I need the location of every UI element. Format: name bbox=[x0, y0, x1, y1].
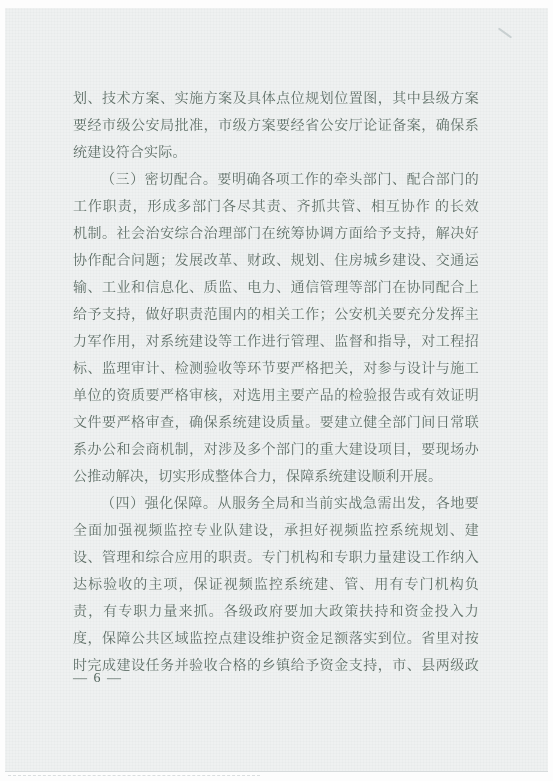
text-line: 力军作用，对系统建设等工作进行管理、监督和指导，对工程招 bbox=[73, 329, 479, 356]
text-line: 输、工业和信息化、质监、电力、通信管理等部门在协同配合上 bbox=[73, 275, 479, 302]
page-number: — 6 — bbox=[73, 668, 123, 690]
document-page: 划、技术方案、实施方案及具体点位规划位置图，其中县级方案 要经市级公安局批准，市… bbox=[5, 8, 548, 772]
pen-mark bbox=[498, 27, 512, 38]
text-line: 协作配合问题；发展改革、财政、规划、住房城乡建设、交通运 bbox=[73, 248, 479, 275]
text-line: 系办公和会商机制，对涉及多个部门的重大建设项目，要现场办 bbox=[73, 437, 479, 464]
text-line: 要经市级公安局批准，市级方案要经省公安厅论证备案，确保系 bbox=[73, 113, 479, 140]
text-line: 全面加强视频监控专业队建设，承担好视频监控系统规划、建 bbox=[73, 518, 479, 545]
text-line: 度，保障公共区域监控点建设维护资金足额落实到位。省里对按 bbox=[73, 626, 479, 653]
text-line: 时完成建设任务并验收合格的乡镇给予资金支持，市、县两级政 bbox=[73, 653, 479, 680]
text-line: 统建设符合实际。 bbox=[73, 140, 479, 167]
scan-edge-artifact bbox=[8, 775, 260, 776]
text-line: 设、管理和综合应用的职责。专门机构和专职力量建设工作纳入 bbox=[73, 545, 479, 572]
text-line: （三）密切配合。要明确各项工作的牵头部门、配合部门的 bbox=[73, 167, 479, 194]
text-line: 划、技术方案、实施方案及具体点位规划位置图，其中县级方案 bbox=[73, 86, 479, 113]
text-line: 给予支持，做好职责范围内的相关工作；公安机关要充分发挥主 bbox=[73, 302, 479, 329]
text-line: 工作职责，形成多部门各尽其责、齐抓共管、相互协作 的长效 bbox=[73, 194, 479, 221]
text-line: 达标验收的主项，保证视频监控系统建、管、用有专门机构负 bbox=[73, 572, 479, 599]
scan-canvas: 划、技术方案、实施方案及具体点位规划位置图，其中县级方案 要经市级公安局批准，市… bbox=[0, 0, 553, 781]
text-line: 责，有专职力量来抓。各级政府要加大政策扶持和资金投入力 bbox=[73, 599, 479, 626]
text-line: 单位的资质要严格审核，对选用主要产品的检验报告或有效证明 bbox=[73, 383, 479, 410]
text-line: 文件要严格审查，确保系统建设质量。要建立健全部门间日常联 bbox=[73, 410, 479, 437]
text-line: （四）强化保障。从服务全局和当前实战急需出发，各地要 bbox=[73, 491, 479, 518]
text-line: 标、监理审计、检测验收等环节要严格把关，对参与设计与施工 bbox=[73, 356, 479, 383]
text-line: 机制。社会治安综合治理部门在统筹协调方面给予支持，解决好 bbox=[73, 221, 479, 248]
document-body: 划、技术方案、实施方案及具体点位规划位置图，其中县级方案 要经市级公安局批准，市… bbox=[73, 86, 479, 680]
text-line: 公推动解决，切实形成整体合力，保障系统建设顺利开展。 bbox=[73, 464, 479, 491]
